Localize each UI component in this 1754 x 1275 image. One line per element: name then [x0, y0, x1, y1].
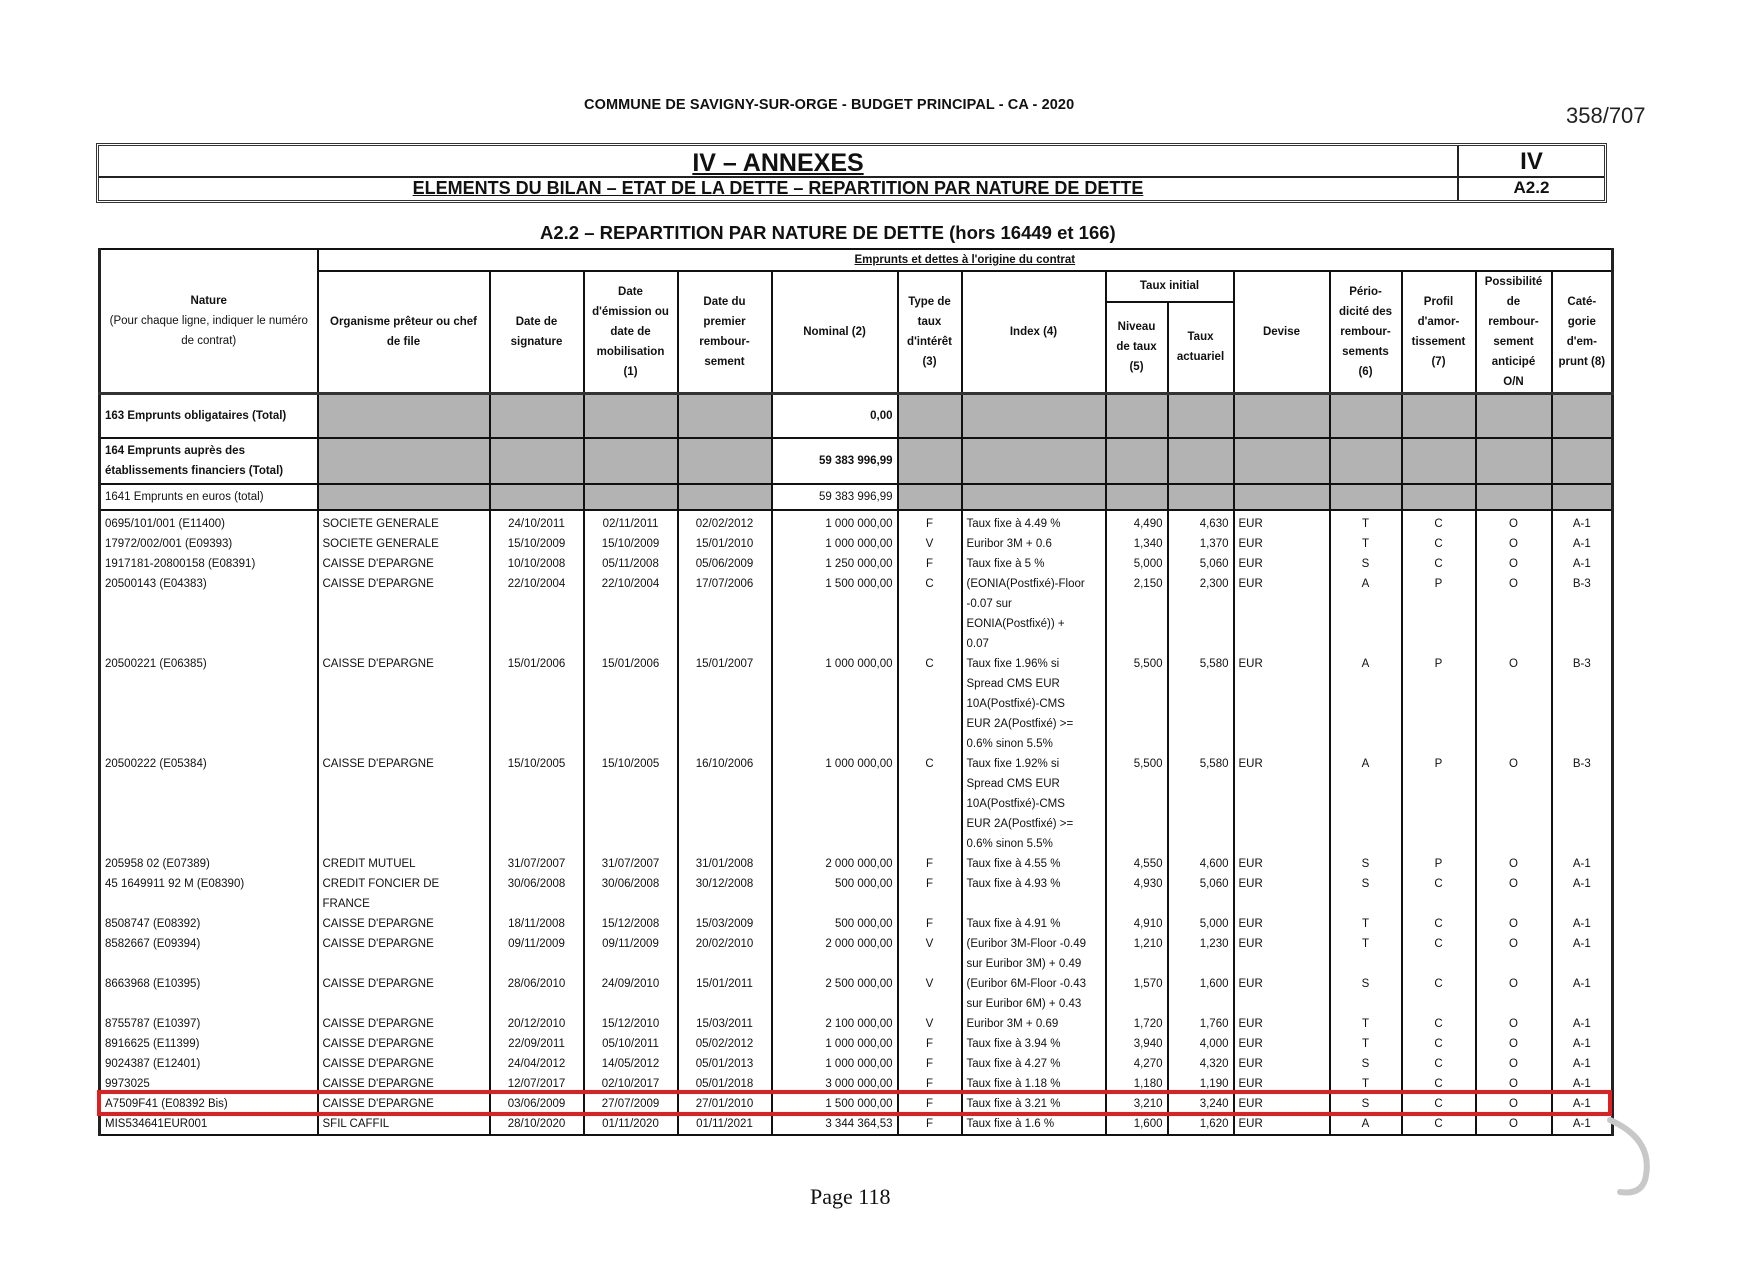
cell-index: Taux fixe à 4.27 % [962, 1054, 1106, 1074]
cell-niveau-taux: 4,550 [1106, 854, 1168, 874]
cell-date-premier: 01/11/2021 [678, 1114, 772, 1135]
cell-date-emission: 31/07/2007 [584, 854, 678, 874]
cell-date-emission: 09/11/2009 [584, 934, 678, 974]
cell-anticipe: O [1476, 1034, 1552, 1054]
total-label: 164 Emprunts auprès des établissements f… [100, 438, 318, 484]
cell-periodicite: S [1330, 854, 1402, 874]
cell-categorie: A-1 [1552, 1034, 1613, 1054]
cell-date-emission: 05/10/2011 [584, 1034, 678, 1054]
cell-date-emission: 15/12/2008 [584, 914, 678, 934]
cell-type-taux: F [898, 914, 962, 934]
cell-date-emission: 15/12/2010 [584, 1014, 678, 1034]
cell-nominal: 500 000,00 [772, 914, 898, 934]
table-row: 205958 02 (E07389)CREDIT MUTUEL31/07/200… [100, 854, 1613, 874]
cell-periodicite: A [1330, 574, 1402, 654]
cell-taux-actuariel: 1,760 [1168, 1014, 1234, 1034]
cell-periodicite: S [1330, 554, 1402, 574]
cell-anticipe: O [1476, 754, 1552, 854]
cell-type-taux: F [898, 554, 962, 574]
col-date-signature: Date de signature [490, 271, 584, 394]
cell-index: Taux fixe à 3.94 % [962, 1034, 1106, 1054]
cell-devise: EUR [1234, 754, 1330, 854]
col-taux-initial: Taux initial [1106, 271, 1234, 302]
title-divider [1457, 146, 1459, 200]
cell-periodicite: A [1330, 654, 1402, 754]
cell-niveau-taux: 2,150 [1106, 574, 1168, 654]
col-nature: Nature (Pour chaque ligne, indiquer le n… [100, 249, 318, 394]
table-row: 8916625 (E11399)CAISSE D'EPARGNE22/09/20… [100, 1034, 1613, 1054]
shaded-cell [1168, 438, 1234, 484]
table-row: 8755787 (E10397)CAISSE D'EPARGNE20/12/20… [100, 1014, 1613, 1034]
cell-profil: C [1402, 1034, 1476, 1054]
super-header: Emprunts et dettes à l'origine du contra… [318, 249, 1613, 271]
cell-niveau-taux: 4,930 [1106, 874, 1168, 914]
cell-categorie: B-3 [1552, 754, 1613, 854]
total-nominal: 0,00 [772, 394, 898, 438]
cell-anticipe: O [1476, 1114, 1552, 1135]
shaded-cell [1552, 438, 1613, 484]
cell-date-signature: 24/04/2012 [490, 1054, 584, 1074]
cell-taux-actuariel: 1,600 [1168, 974, 1234, 1014]
shaded-cell [1402, 394, 1476, 438]
cell-nature: 8755787 (E10397) [100, 1014, 318, 1034]
cell-type-taux: F [898, 1034, 962, 1054]
col-organisme: Organisme prêteur ou chef de file [318, 271, 490, 394]
cell-index: Euribor 3M + 0.6 [962, 534, 1106, 554]
shaded-cell [584, 484, 678, 510]
cell-profil: C [1402, 874, 1476, 914]
annex-code: IV [1459, 148, 1604, 176]
cell-nature: 20500143 (E04383) [100, 574, 318, 654]
shaded-cell [318, 484, 490, 510]
cell-index: (Euribor 6M-Floor -0.43sur Euribor 6M) +… [962, 974, 1106, 1014]
shaded-cell [962, 484, 1106, 510]
cell-date-emission: 01/11/2020 [584, 1114, 678, 1135]
page-footer: Page 118 [810, 1184, 890, 1210]
col-index: Index (4) [962, 271, 1106, 394]
cell-taux-actuariel: 5,000 [1168, 914, 1234, 934]
cell-date-emission: 15/01/2006 [584, 654, 678, 754]
col-possibilite: Possibilité de rembour-sement anticipé O… [1476, 271, 1552, 394]
col-taux-actuariel: Taux actuariel [1168, 302, 1234, 394]
cell-organisme: CAISSE D'EPARGNE [318, 1054, 490, 1074]
cell-nature: 8663968 (E10395) [100, 974, 318, 1014]
cell-niveau-taux: 1,210 [1106, 934, 1168, 974]
cell-date-premier: 15/03/2011 [678, 1014, 772, 1034]
highlighted-row-frame [97, 1090, 1612, 1116]
cell-profil: C [1402, 554, 1476, 574]
cell-profil: P [1402, 654, 1476, 754]
table-row: 17972/002/001 (E09393)SOCIETE GENERALE15… [100, 534, 1613, 554]
cell-organisme: SOCIETE GENERALE [318, 534, 490, 554]
total-nominal: 59 383 996,99 [772, 438, 898, 484]
cell-profil: C [1402, 934, 1476, 974]
cell-niveau-taux: 1,570 [1106, 974, 1168, 1014]
shaded-cell [1234, 438, 1330, 484]
cell-type-taux: C [898, 574, 962, 654]
shaded-cell [962, 438, 1106, 484]
cell-categorie: A-1 [1552, 510, 1613, 534]
cell-date-premier: 02/02/2012 [678, 510, 772, 534]
cell-nature: 0695/101/001 (E11400) [100, 510, 318, 534]
cell-nominal: 1 000 000,00 [772, 534, 898, 554]
col-type-taux: Type de taux d'intérêt (3) [898, 271, 962, 394]
cell-categorie: A-1 [1552, 1054, 1613, 1074]
cell-nature: 17972/002/001 (E09393) [100, 534, 318, 554]
cell-taux-actuariel: 1,370 [1168, 534, 1234, 554]
cell-date-emission: 22/10/2004 [584, 574, 678, 654]
cell-type-taux: V [898, 1014, 962, 1034]
cell-categorie: B-3 [1552, 654, 1613, 754]
col-periodicite: Pério-dicité des rembour-sements (6) [1330, 271, 1402, 394]
shaded-cell [1234, 484, 1330, 510]
cell-nominal: 2 000 000,00 [772, 934, 898, 974]
cell-date-signature: 15/10/2009 [490, 534, 584, 554]
cell-nominal: 1 500 000,00 [772, 574, 898, 654]
cell-devise: EUR [1234, 534, 1330, 554]
table-row: 20500221 (E06385)CAISSE D'EPARGNE15/01/2… [100, 654, 1613, 754]
cell-type-taux: C [898, 654, 962, 754]
cell-niveau-taux: 5,500 [1106, 654, 1168, 754]
shaded-cell [1476, 438, 1552, 484]
cell-organisme: SFIL CAFFIL [318, 1114, 490, 1135]
cell-periodicite: T [1330, 1014, 1402, 1034]
cell-niveau-taux: 5,500 [1106, 754, 1168, 854]
cell-date-emission: 02/11/2011 [584, 510, 678, 534]
cell-devise: EUR [1234, 1114, 1330, 1135]
shaded-cell [490, 484, 584, 510]
cell-index: (Euribor 3M-Floor -0.49sur Euribor 3M) +… [962, 934, 1106, 974]
cell-niveau-taux: 1,720 [1106, 1014, 1168, 1034]
total-row: 163 Emprunts obligataires (Total)0,00 [100, 394, 1613, 438]
cell-index: (EONIA(Postfixé)-Floor-0.07 surEONIA(Pos… [962, 574, 1106, 654]
cell-devise: EUR [1234, 1034, 1330, 1054]
cell-type-taux: C [898, 754, 962, 854]
cell-organisme: CAISSE D'EPARGNE [318, 1014, 490, 1034]
cell-anticipe: O [1476, 874, 1552, 914]
shaded-cell [584, 394, 678, 438]
cell-devise: EUR [1234, 1014, 1330, 1034]
shaded-cell [678, 438, 772, 484]
shaded-cell [678, 484, 772, 510]
cell-taux-actuariel: 4,320 [1168, 1054, 1234, 1074]
table-row: 1917181-20800158 (E08391)CAISSE D'EPARGN… [100, 554, 1613, 574]
cell-nature: 8508747 (E08392) [100, 914, 318, 934]
shaded-cell [898, 484, 962, 510]
document-header: COMMUNE DE SAVIGNY-SUR-ORGE - BUDGET PRI… [584, 97, 1074, 113]
shaded-cell [1476, 394, 1552, 438]
annex-subtitle: ELEMENTS DU BILAN – ETAT DE LA DETTE – R… [99, 178, 1457, 199]
cell-categorie: A-1 [1552, 554, 1613, 574]
cell-profil: C [1402, 914, 1476, 934]
cell-categorie: A-1 [1552, 854, 1613, 874]
col-nominal: Nominal (2) [772, 271, 898, 394]
cell-nature: 8916625 (E11399) [100, 1034, 318, 1054]
cell-niveau-taux: 4,270 [1106, 1054, 1168, 1074]
cell-index: Taux fixe à 4.49 % [962, 510, 1106, 534]
total-nominal: 59 383 996,99 [772, 484, 898, 510]
cell-date-signature: 24/10/2011 [490, 510, 584, 534]
shaded-cell [318, 438, 490, 484]
table-row: MIS534641EUR001SFIL CAFFIL28/10/202001/1… [100, 1114, 1613, 1135]
cell-date-signature: 22/09/2011 [490, 1034, 584, 1054]
cell-profil: C [1402, 510, 1476, 534]
shaded-cell [678, 394, 772, 438]
cell-devise: EUR [1234, 854, 1330, 874]
cell-date-premier: 16/10/2006 [678, 754, 772, 854]
cell-index: Euribor 3M + 0.69 [962, 1014, 1106, 1034]
table-row: 45 1649911 92 M (E08390)CREDIT FONCIER D… [100, 874, 1613, 914]
cell-devise: EUR [1234, 1054, 1330, 1074]
cell-taux-actuariel: 4,630 [1168, 510, 1234, 534]
cell-nature: 45 1649911 92 M (E08390) [100, 874, 318, 914]
cell-nature: 20500222 (E05384) [100, 754, 318, 854]
cell-index: Taux fixe 1.92% siSpread CMS EUR10A(Post… [962, 754, 1106, 854]
cell-devise: EUR [1234, 914, 1330, 934]
cell-devise: EUR [1234, 874, 1330, 914]
cell-nature: 9024387 (E12401) [100, 1054, 318, 1074]
cell-profil: P [1402, 574, 1476, 654]
shaded-cell [318, 394, 490, 438]
cell-periodicite: S [1330, 974, 1402, 1014]
shaded-cell [490, 394, 584, 438]
shaded-cell [584, 438, 678, 484]
cell-nominal: 1 000 000,00 [772, 654, 898, 754]
table-row: 8663968 (E10395)CAISSE D'EPARGNE28/06/20… [100, 974, 1613, 1014]
debt-table: Nature (Pour chaque ligne, indiquer le n… [98, 248, 1614, 1136]
cell-nature: 1917181-20800158 (E08391) [100, 554, 318, 574]
cell-taux-actuariel: 4,600 [1168, 854, 1234, 874]
shaded-cell [1168, 484, 1234, 510]
cell-type-taux: F [898, 854, 962, 874]
cell-date-signature: 22/10/2004 [490, 574, 584, 654]
cell-type-taux: V [898, 534, 962, 554]
shaded-cell [1330, 438, 1402, 484]
cell-devise: EUR [1234, 554, 1330, 574]
cell-organisme: CAISSE D'EPARGNE [318, 934, 490, 974]
section-title: A2.2 – REPARTITION PAR NATURE DE DETTE (… [540, 222, 1116, 244]
shaded-cell [898, 438, 962, 484]
cell-nominal: 1 250 000,00 [772, 554, 898, 574]
cell-date-emission: 14/05/2012 [584, 1054, 678, 1074]
cell-date-premier: 15/01/2011 [678, 974, 772, 1014]
title-box: IV – ANNEXES IV ELEMENTS DU BILAN – ETAT… [96, 143, 1607, 203]
cell-nominal: 500 000,00 [772, 874, 898, 914]
shaded-cell [1168, 394, 1234, 438]
cell-index: Taux fixe à 4.93 % [962, 874, 1106, 914]
cell-date-premier: 17/07/2006 [678, 574, 772, 654]
shaded-cell [1552, 484, 1613, 510]
cell-organisme: CREDIT MUTUEL [318, 854, 490, 874]
cell-nominal: 1 000 000,00 [772, 1054, 898, 1074]
shaded-cell [898, 394, 962, 438]
col-date-premier: Date du premier rembour-sement [678, 271, 772, 394]
cell-periodicite: A [1330, 754, 1402, 854]
cell-categorie: B-3 [1552, 574, 1613, 654]
annex-title: IV – ANNEXES [99, 149, 1457, 178]
cell-periodicite: T [1330, 914, 1402, 934]
col-niveau-taux: Niveau de taux (5) [1106, 302, 1168, 394]
cell-date-premier: 15/03/2009 [678, 914, 772, 934]
cell-periodicite: S [1330, 1054, 1402, 1074]
cell-devise: EUR [1234, 654, 1330, 754]
cell-taux-actuariel: 1,230 [1168, 934, 1234, 974]
cell-anticipe: O [1476, 554, 1552, 574]
cell-date-premier: 30/12/2008 [678, 874, 772, 914]
cell-niveau-taux: 3,940 [1106, 1034, 1168, 1054]
cell-index: Taux fixe 1.96% siSpread CMS EUR10A(Post… [962, 654, 1106, 754]
cell-date-emission: 24/09/2010 [584, 974, 678, 1014]
shaded-cell [1234, 394, 1330, 438]
cell-categorie: A-1 [1552, 914, 1613, 934]
shaded-cell [1552, 394, 1613, 438]
cell-type-taux: V [898, 974, 962, 1014]
col-devise: Devise [1234, 271, 1330, 394]
cell-nominal: 1 000 000,00 [772, 510, 898, 534]
cell-categorie: A-1 [1552, 874, 1613, 914]
cell-nature: MIS534641EUR001 [100, 1114, 318, 1135]
cell-profil: C [1402, 974, 1476, 1014]
cell-niveau-taux: 4,910 [1106, 914, 1168, 934]
cell-index: Taux fixe à 5 % [962, 554, 1106, 574]
cell-nature: 20500221 (E06385) [100, 654, 318, 754]
col-categorie: Caté-gorie d'em-prunt (8) [1552, 271, 1613, 394]
cell-type-taux: V [898, 934, 962, 974]
cell-taux-actuariel: 5,580 [1168, 754, 1234, 854]
cell-devise: EUR [1234, 974, 1330, 1014]
table-row: 9024387 (E12401)CAISSE D'EPARGNE24/04/20… [100, 1054, 1613, 1074]
cell-niveau-taux: 1,600 [1106, 1114, 1168, 1135]
col-date-emission: Date d'émission ou date de mobilisation … [584, 271, 678, 394]
cell-date-signature: 15/01/2006 [490, 654, 584, 754]
cell-anticipe: O [1476, 1054, 1552, 1074]
cell-anticipe: O [1476, 574, 1552, 654]
cell-categorie: A-1 [1552, 974, 1613, 1014]
cell-date-signature: 20/12/2010 [490, 1014, 584, 1034]
cell-nominal: 2 100 000,00 [772, 1014, 898, 1034]
cell-devise: EUR [1234, 574, 1330, 654]
cell-periodicite: A [1330, 1114, 1402, 1135]
cell-taux-actuariel: 1,620 [1168, 1114, 1234, 1135]
cell-nominal: 2 000 000,00 [772, 854, 898, 874]
cell-date-signature: 28/10/2020 [490, 1114, 584, 1135]
cell-taux-actuariel: 2,300 [1168, 574, 1234, 654]
cell-date-premier: 15/01/2007 [678, 654, 772, 754]
table-row: 20500143 (E04383)CAISSE D'EPARGNE22/10/2… [100, 574, 1613, 654]
table-row: 20500222 (E05384)CAISSE D'EPARGNE15/10/2… [100, 754, 1613, 854]
cell-type-taux: F [898, 874, 962, 914]
shaded-cell [962, 394, 1106, 438]
cell-organisme: CAISSE D'EPARGNE [318, 914, 490, 934]
cell-profil: C [1402, 534, 1476, 554]
cell-organisme: CREDIT FONCIER DEFRANCE [318, 874, 490, 914]
cell-nature: 205958 02 (E07389) [100, 854, 318, 874]
cell-anticipe: O [1476, 934, 1552, 974]
cell-anticipe: O [1476, 654, 1552, 754]
cell-date-signature: 31/07/2007 [490, 854, 584, 874]
total-label: 1641 Emprunts en euros (total) [100, 484, 318, 510]
cell-niveau-taux: 5,000 [1106, 554, 1168, 574]
shaded-cell [1402, 438, 1476, 484]
page-count: 358/707 [1566, 103, 1646, 129]
col-profil: Profil d'amor-tissement (7) [1402, 271, 1476, 394]
shaded-cell [1402, 484, 1476, 510]
cell-periodicite: T [1330, 534, 1402, 554]
cell-date-signature: 15/10/2005 [490, 754, 584, 854]
shaded-cell [1106, 484, 1168, 510]
cell-taux-actuariel: 5,060 [1168, 874, 1234, 914]
cell-nominal: 3 344 364,53 [772, 1114, 898, 1135]
cell-categorie: A-1 [1552, 1014, 1613, 1034]
cell-periodicite: T [1330, 1034, 1402, 1054]
shaded-cell [1106, 438, 1168, 484]
cell-date-signature: 09/11/2009 [490, 934, 584, 974]
cell-profil: C [1402, 1114, 1476, 1135]
cell-profil: P [1402, 754, 1476, 854]
cell-date-emission: 15/10/2005 [584, 754, 678, 854]
cell-type-taux: F [898, 510, 962, 534]
shaded-cell [1330, 394, 1402, 438]
cell-anticipe: O [1476, 1014, 1552, 1034]
cell-date-premier: 05/02/2012 [678, 1034, 772, 1054]
cell-nominal: 1 000 000,00 [772, 1034, 898, 1054]
cell-date-premier: 20/02/2010 [678, 934, 772, 974]
cell-nominal: 2 500 000,00 [772, 974, 898, 1014]
cell-date-signature: 18/11/2008 [490, 914, 584, 934]
cell-index: Taux fixe à 4.91 % [962, 914, 1106, 934]
cell-date-emission: 05/11/2008 [584, 554, 678, 574]
table-row: 8582667 (E09394)CAISSE D'EPARGNE09/11/20… [100, 934, 1613, 974]
cell-anticipe: O [1476, 854, 1552, 874]
shaded-cell [1476, 484, 1552, 510]
cell-date-premier: 31/01/2008 [678, 854, 772, 874]
shaded-cell [1330, 484, 1402, 510]
cell-periodicite: T [1330, 510, 1402, 534]
cell-type-taux: F [898, 1114, 962, 1135]
cell-anticipe: O [1476, 914, 1552, 934]
cell-organisme: CAISSE D'EPARGNE [318, 974, 490, 1014]
cell-taux-actuariel: 5,580 [1168, 654, 1234, 754]
cell-date-premier: 05/06/2009 [678, 554, 772, 574]
cell-organisme: CAISSE D'EPARGNE [318, 754, 490, 854]
cell-organisme: CAISSE D'EPARGNE [318, 554, 490, 574]
cell-nominal: 1 000 000,00 [772, 754, 898, 854]
cell-index: Taux fixe à 1.6 % [962, 1114, 1106, 1135]
cell-date-signature: 10/10/2008 [490, 554, 584, 574]
cell-profil: C [1402, 1054, 1476, 1074]
cell-date-premier: 05/01/2013 [678, 1054, 772, 1074]
shaded-cell [1106, 394, 1168, 438]
cell-organisme: CAISSE D'EPARGNE [318, 1034, 490, 1054]
cell-devise: EUR [1234, 510, 1330, 534]
table-row: 8508747 (E08392)CAISSE D'EPARGNE18/11/20… [100, 914, 1613, 934]
cell-date-emission: 15/10/2009 [584, 534, 678, 554]
cell-organisme: CAISSE D'EPARGNE [318, 654, 490, 754]
cell-taux-actuariel: 5,060 [1168, 554, 1234, 574]
cell-date-premier: 15/01/2010 [678, 534, 772, 554]
cell-date-signature: 30/06/2008 [490, 874, 584, 914]
cell-date-signature: 28/06/2010 [490, 974, 584, 1014]
cell-categorie: A-1 [1552, 534, 1613, 554]
cell-periodicite: S [1330, 874, 1402, 914]
cell-anticipe: O [1476, 974, 1552, 1014]
cell-nature: 8582667 (E09394) [100, 934, 318, 974]
cell-devise: EUR [1234, 934, 1330, 974]
total-row: 164 Emprunts auprès des établissements f… [100, 438, 1613, 484]
cell-anticipe: O [1476, 510, 1552, 534]
cell-taux-actuariel: 4,000 [1168, 1034, 1234, 1054]
cell-categorie: A-1 [1552, 934, 1613, 974]
